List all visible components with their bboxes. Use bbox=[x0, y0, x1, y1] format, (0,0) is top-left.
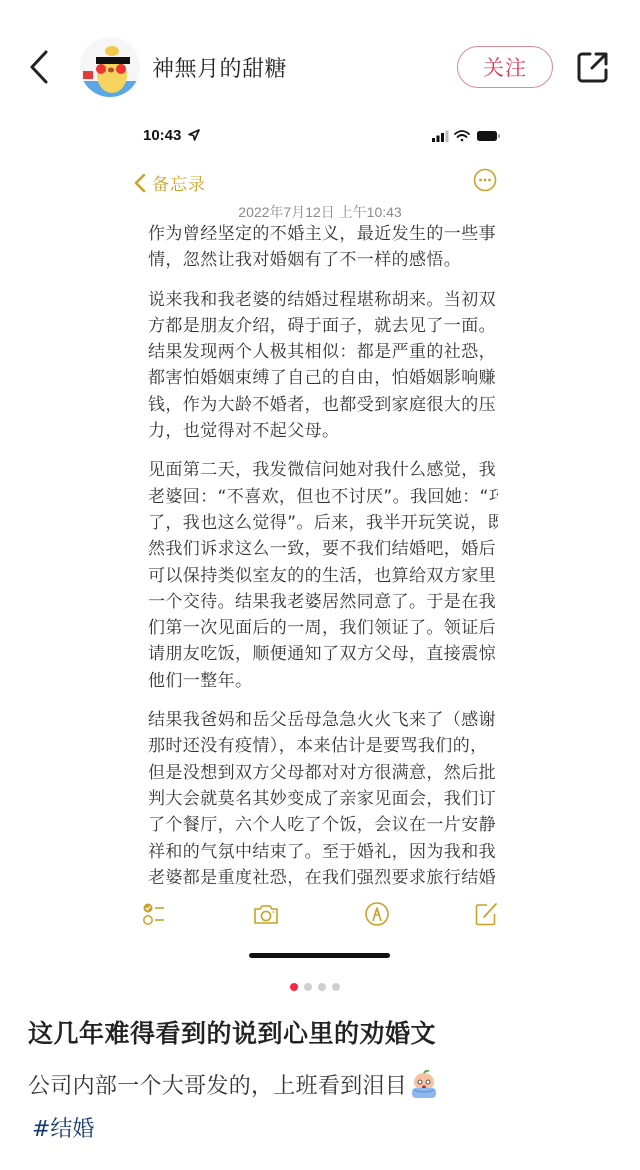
note-line: 然我们诉求这么一致，要不我们结婚吧，婚后 bbox=[148, 536, 498, 562]
note-date: 2022年7月12日 上午10:43 bbox=[118, 202, 522, 222]
compose-icon[interactable] bbox=[473, 901, 501, 927]
note-paragraph: 结果我爸妈和岳父岳母急急火火飞来了（感谢 那时还没有疫情），本来估计是要骂我们的… bbox=[148, 707, 498, 893]
page-dot-4[interactable] bbox=[332, 983, 340, 991]
post-description-text: 公司内部一个大哥发的，上班看到泪目 bbox=[28, 1069, 407, 1100]
note-paragraph: 说来我和我老婆的结婚过程堪称胡来。当初双 方都是朋友介绍，碍于面子，就去见了一面… bbox=[148, 287, 498, 445]
signal-icon bbox=[432, 131, 449, 143]
note-line: 钱，作为大龄不婚者，也都受到家庭很大的压 bbox=[148, 392, 498, 418]
note-line: 祥和的气氛中结束了。至于婚礼，因为我和我 bbox=[148, 839, 498, 865]
avatar-image bbox=[80, 37, 140, 97]
notes-back-button[interactable]: 备忘录 bbox=[134, 170, 206, 195]
chevron-left-icon bbox=[134, 173, 146, 193]
notes-back-label: 备忘录 bbox=[152, 170, 206, 195]
post-image[interactable]: 10:43 备忘录 2022年7月12日 上午10:43 bbox=[118, 118, 522, 976]
note-body: 作为曾经坚定的不婚主义，最近发生的一些事 情，忽然让我对婚姻有了不一样的感悟。 … bbox=[148, 221, 498, 893]
page-dot-2[interactable] bbox=[304, 983, 312, 991]
note-line: 了个餐厅，六个人吃了个饭，会议在一片安静 bbox=[148, 812, 498, 838]
status-bar-indicators bbox=[432, 129, 502, 143]
chevron-left-icon bbox=[24, 48, 58, 86]
more-options-icon[interactable] bbox=[473, 168, 497, 192]
note-line: 请朋友吃饭，顺便通知了双方父母，直接震惊 bbox=[148, 641, 498, 667]
note-line: 力，也觉得对不起父母。 bbox=[148, 418, 498, 444]
note-line: 情，忽然让我对婚姻有了不一样的感悟。 bbox=[148, 247, 498, 273]
note-line: 判大会就莫名其妙变成了亲家见面会，我们订 bbox=[148, 786, 498, 812]
note-line: 们第一次见面后的一周，我们领证了。领证后 bbox=[148, 615, 498, 641]
note-line: 老婆回：“不喜欢，但也不讨厌”。我回她：“巧 bbox=[148, 484, 498, 510]
note-paragraph: 见面第二天，我发微信问她对我什么感觉，我 老婆回：“不喜欢，但也不讨厌”。我回她… bbox=[148, 457, 498, 694]
note-line: 见面第二天，我发微信问她对我什么感觉，我 bbox=[148, 457, 498, 483]
note-line: 结果我爸妈和岳父岳母急急火火飞来了（感谢 bbox=[148, 707, 498, 733]
home-indicator bbox=[249, 953, 390, 958]
image-pagination bbox=[290, 983, 340, 991]
post-description: 公司内部一个大哥发的，上班看到泪目 bbox=[28, 1069, 439, 1100]
note-line: 那时还没有疫情），本来估计是要骂我们的， bbox=[148, 733, 498, 759]
hashtag-link[interactable]: #结婚 bbox=[32, 1112, 94, 1143]
checklist-icon[interactable] bbox=[142, 901, 170, 927]
post-title: 这几年难得看到的说到心里的劝婚文 bbox=[28, 1014, 436, 1050]
post-header: 神無月的甜糖 关注 bbox=[0, 0, 640, 110]
note-line: 说来我和我老婆的结婚过程堪称胡来。当初双 bbox=[148, 287, 498, 313]
markup-pen-icon[interactable] bbox=[363, 901, 391, 927]
wifi-icon bbox=[455, 131, 469, 141]
follow-button[interactable]: 关注 bbox=[457, 46, 553, 88]
note-line: 结果发现两个人极其相似：都是严重的社恐， bbox=[148, 339, 498, 365]
location-arrow-icon bbox=[188, 129, 200, 141]
status-bar-time: 10:43 bbox=[143, 127, 181, 144]
username[interactable]: 神無月的甜糖 bbox=[152, 52, 287, 83]
back-button[interactable] bbox=[24, 48, 58, 86]
note-line: 他们一整年。 bbox=[148, 668, 498, 694]
share-button[interactable] bbox=[574, 48, 612, 86]
note-line: 了，我也这么觉得”。后来，我半开玩笑说，既 bbox=[148, 510, 498, 536]
note-line: 方都是朋友介绍，碍于面子，就去见了一面。 bbox=[148, 313, 498, 339]
camera-icon[interactable] bbox=[252, 901, 280, 927]
page-dot-3[interactable] bbox=[318, 983, 326, 991]
toolbar-fade bbox=[118, 880, 522, 910]
note-line: 一个交待。结果我老婆居然同意了。于是在我 bbox=[148, 589, 498, 615]
share-icon bbox=[574, 48, 612, 86]
note-line: 都害怕婚姻束缚了自己的自由，怕婚姻影响赚 bbox=[148, 365, 498, 391]
battery-icon bbox=[477, 131, 500, 141]
note-line: 可以保持类似室友的的生活，也算给双方家里 bbox=[148, 563, 498, 589]
crying-emoji-icon bbox=[409, 1070, 439, 1100]
avatar[interactable] bbox=[80, 37, 140, 97]
note-line: 但是没想到双方父母都对对方很满意，然后批 bbox=[148, 760, 498, 786]
note-paragraph: 作为曾经坚定的不婚主义，最近发生的一些事 情，忽然让我对婚姻有了不一样的感悟。 bbox=[148, 221, 498, 274]
note-line: 作为曾经坚定的不婚主义，最近发生的一些事 bbox=[148, 221, 498, 247]
page-dot-1[interactable] bbox=[290, 983, 298, 991]
